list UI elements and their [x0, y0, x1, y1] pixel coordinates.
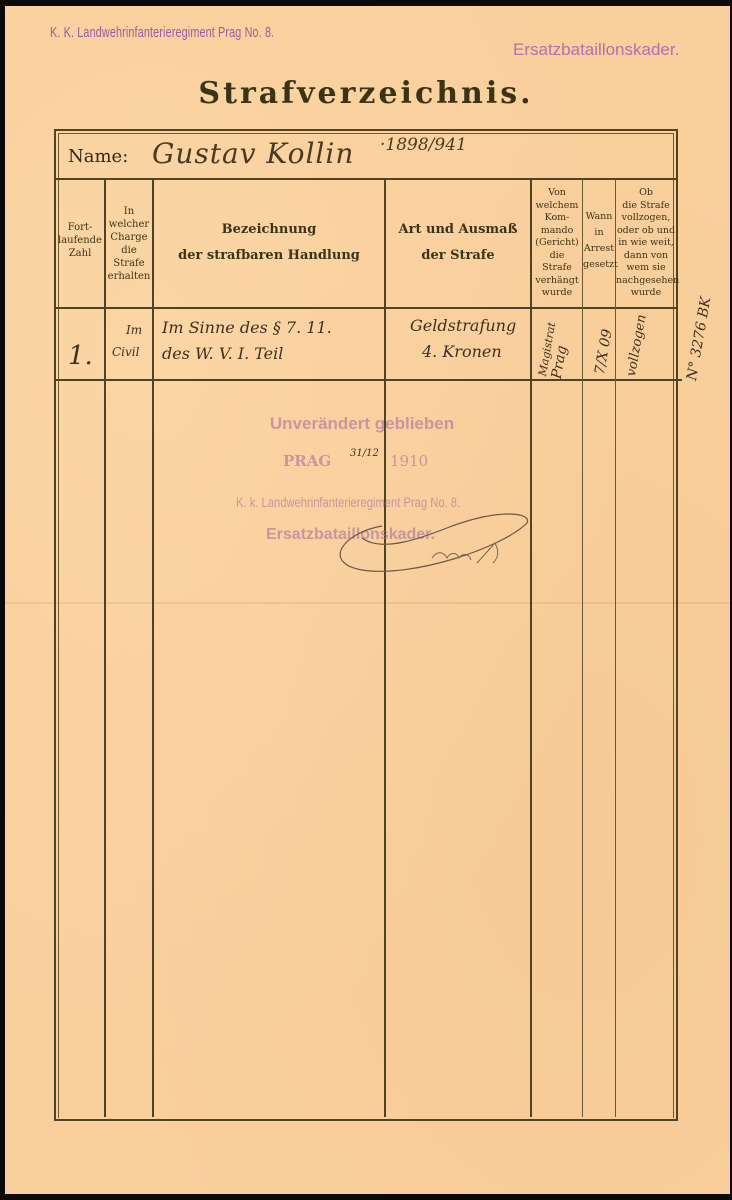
- col-divider-6: [615, 179, 616, 1117]
- row-punishment: Geldstrafung 4. Kronen: [400, 313, 516, 365]
- header-col-number: Fort- laufende Zahl: [56, 221, 104, 260]
- col-divider-1: [104, 179, 106, 1117]
- cadre-stamp: Ersatzbataillonskader.: [513, 40, 679, 60]
- col-divider-4: [530, 179, 532, 1117]
- col-divider-3: [384, 179, 386, 1117]
- stamp-unchanged: Unverändert geblieben: [232, 414, 492, 434]
- col-divider-5: [582, 179, 583, 1117]
- row-offense: Im Sinne des § 7. 11. des W. V. I. Teil: [162, 315, 332, 367]
- row-charge: Im Civil: [112, 319, 142, 363]
- col-divider-2: [152, 179, 154, 1117]
- header-col-punishment: Art und Ausmaß der Strafe: [386, 217, 530, 269]
- name-annotation: ·1898/941: [380, 135, 467, 155]
- printer-imprint: · · · · · · · · · ·: [677, 976, 682, 1000]
- page-title: Strafverzeichnis.: [0, 76, 732, 111]
- header-col-charge: In welcher Charge die Strafe erhalten: [106, 205, 152, 283]
- stamp-place: PRAG: [283, 452, 331, 470]
- signature-flourish: [322, 508, 532, 578]
- header-col-executed: Ob die Strafe vollzogen, oder ob und in …: [616, 187, 676, 300]
- name-value: Gustav Kollin: [152, 137, 354, 170]
- row-number: 1.: [68, 341, 93, 371]
- regiment-stamp: K. K. Landwehrinfanterieregiment Prag No…: [50, 24, 274, 41]
- header-col-offense: Bezeichnung der strafbaren Handlung: [154, 217, 384, 269]
- stamp-date-handwritten: 31/12: [350, 448, 379, 459]
- divider-row1: [54, 379, 682, 381]
- punishment-register-table: Name: Gustav Kollin ·1898/941 Fort- lauf…: [54, 129, 678, 1119]
- stamp-year: 1910: [390, 452, 428, 470]
- header-col-authority: Von welchem Kom- mando (Gericht) die Str…: [532, 187, 582, 300]
- header-col-arrest-date: Wann in Arrest gesetzt: [583, 209, 615, 273]
- name-label: Name:: [68, 146, 128, 167]
